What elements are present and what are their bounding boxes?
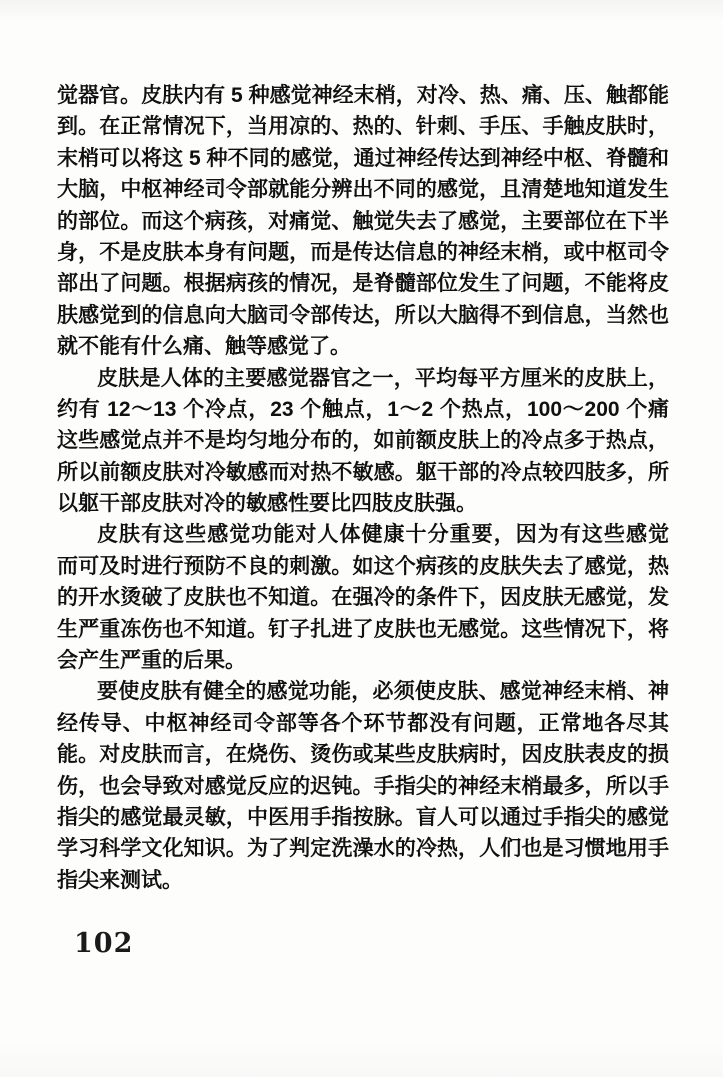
text-line: 而可及时进行预防不良的刺激。如这个病孩的皮肤失去了感觉，热 bbox=[57, 551, 669, 582]
text-line: 的开水烫破了皮肤也不知道。在强冷的条件下，因皮肤无感觉，发 bbox=[57, 582, 669, 613]
text-line: 要使皮肤有健全的感觉功能，必须使皮肤、感觉神经末梢、神 bbox=[57, 676, 669, 707]
text-line: 经传导、中枢神经司令部等各个环节都没有问题，正常地各尽其 bbox=[57, 708, 669, 739]
text-line: 的部位。而这个病孩，对痛觉、触觉失去了感觉，主要部位在下半 bbox=[57, 206, 669, 237]
text-line: 皮肤有这些感觉功能对人体健康十分重要，因为有这些感觉 bbox=[57, 519, 669, 550]
text-line: 觉器官。皮肤内有 5 种感觉神经末梢，对冷、热、痛、压、触都能感觉 bbox=[57, 80, 669, 111]
text-line: 就不能有什么痛、触等感觉了。 bbox=[57, 331, 669, 362]
book-page: 觉器官。皮肤内有 5 种感觉神经末梢，对冷、热、痛、压、触都能感觉到。在正常情况… bbox=[0, 0, 723, 1077]
text-line: 身，不是皮肤本身有问题，而是传达信息的神经末梢，或中枢司令 bbox=[57, 237, 669, 268]
body-text-block: 觉器官。皮肤内有 5 种感觉神经末梢，对冷、热、痛、压、触都能感觉到。在正常情况… bbox=[57, 80, 669, 896]
text-line: 以躯干部皮肤对冷的敏感性要比四肢皮肤强。 bbox=[57, 488, 669, 519]
text-line: 指尖来测试。 bbox=[57, 865, 669, 896]
text-line: 伤，也会导致对感觉反应的迟钝。手指尖的神经末梢最多，所以手 bbox=[57, 771, 669, 802]
text-line: 能。对皮肤而言，在烧伤、烫伤或某些皮肤病时，因皮肤表皮的损 bbox=[57, 739, 669, 770]
text-line: 皮肤是人体的主要感觉器官之一，平均每平方厘米的皮肤上， bbox=[57, 363, 669, 394]
text-line: 到。在正常情况下，当用凉的、热的、针刺、手压、手触皮肤时，神经 bbox=[57, 111, 669, 142]
text-line: 生严重冻伤也不知道。钉子扎进了皮肤也无感觉。这些情况下，将 bbox=[57, 614, 669, 645]
text-line: 会产生严重的后果。 bbox=[57, 645, 669, 676]
text-line: 学习科学文化知识。为了判定洗澡水的冷热，人们也是习惯地用手 bbox=[57, 833, 669, 864]
text-line: 所以前额皮肤对冷敏感而对热不敏感。躯干部的冷点较四肢多，所 bbox=[57, 457, 669, 488]
text-line: 指尖的感觉最灵敏，中医用手指按脉。盲人可以通过手指尖的感觉 bbox=[57, 802, 669, 833]
text-line: 大脑，中枢神经司令部就能分辨出不同的感觉，且清楚地知道发生 bbox=[57, 174, 669, 205]
page-number: 102 bbox=[74, 928, 133, 959]
text-line: 这些感觉点并不是均匀地分布的，如前额皮肤上的冷点多于热点， bbox=[57, 425, 669, 456]
text-line: 末梢可以将这 5 种不同的感觉，通过神经传达到神经中枢、脊髓和 bbox=[57, 143, 669, 174]
text-line: 部出了问题。根据病孩的情况，是脊髓部位发生了问题，不能将皮 bbox=[57, 268, 669, 299]
text-line: 约有 12～13 个冷点，23 个触点，1～2 个热点，100～200 个痛点。 bbox=[57, 394, 669, 425]
text-line: 肤感觉到的信息向大脑司令部传达，所以大脑得不到信息，当然也 bbox=[57, 300, 669, 331]
